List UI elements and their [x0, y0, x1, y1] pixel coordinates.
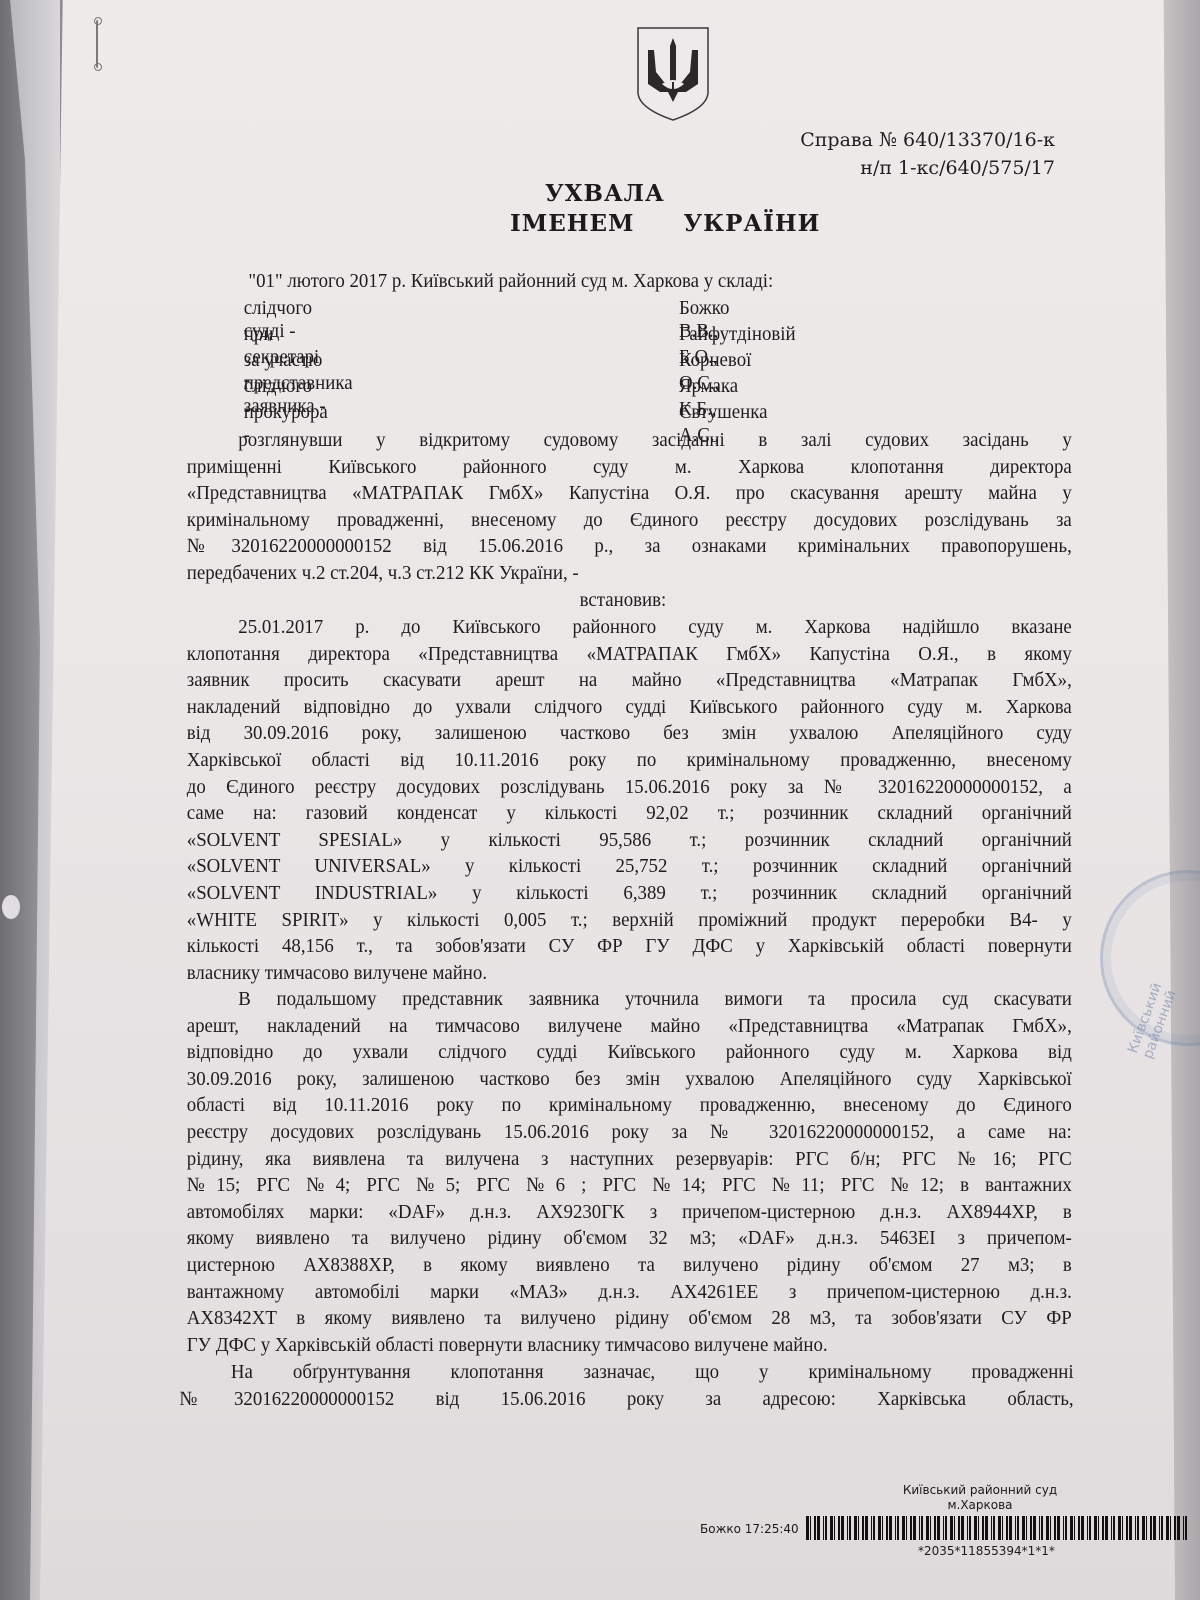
paragraph-line: «SOLVENT UNIVERSAL» у кількості 25,752 т…: [187, 855, 1072, 882]
paragraph-line: АХ8342ХТ в якому виявлено та вилучено рі…: [187, 1307, 1072, 1334]
paragraph-line: арешт, накладений на тимчасово вилучене …: [187, 1015, 1072, 1042]
paragraph-grounds: На обґрунтування клопотання зазначає, що…: [179, 1361, 1073, 1414]
paragraph-line: від 30.09.2016 року, залишеною частково …: [187, 722, 1072, 749]
paragraph-line: накладений відповідно до ухвали слідчого…: [187, 696, 1072, 723]
paragraph-line: розглянувши у відкритому судовому засіда…: [187, 429, 1072, 456]
paragraph-line: №15; РГС №4; РГС №5; РГС №6 ; РГС №14; Р…: [187, 1174, 1072, 1201]
document-title: УХВАЛА: [545, 180, 665, 207]
paragraph-line: Харківської області від 10.11.2016 року …: [187, 749, 1072, 776]
paragraph-line: «WHITE SPIRIT» у кількості 0,005 т.; вер…: [187, 909, 1072, 936]
case-number-block: Справа № 640/13370/16-к н/п 1-кс/640/575…: [800, 126, 1055, 182]
coat-of-arms-icon: [634, 24, 714, 124]
paragraph-line: 25.01.2017 р. до Київського районного су…: [187, 616, 1072, 643]
staple-icon: [96, 20, 101, 68]
case-number: Справа № 640/13370/16-к: [800, 126, 1055, 154]
paragraph-line: приміщенні Київського районного суду м. …: [187, 456, 1072, 483]
paragraph-line: вантажному автомобілі марки «МАЗ» д.н.з.…: [187, 1281, 1072, 1308]
paragraph-considered: розглянувши у відкритому судовому засіда…: [187, 429, 1072, 589]
paragraph-line: автомобілях марки: «DAF» д.н.з. АХ9230ГК…: [187, 1201, 1072, 1228]
paragraph-line: до Єдиного реєстру досудових розслідуван…: [187, 776, 1072, 803]
paragraph-line: На обґрунтування клопотання зазначає, що…: [179, 1361, 1073, 1388]
paragraph-line: передбачених ч.2 ст.204, ч.3 ст.212 КК У…: [187, 562, 1072, 589]
paragraph-petition: 25.01.2017 р. до Київського районного су…: [187, 616, 1072, 988]
document-subtitle: ІМЕНЕМ УКРАЇНИ: [510, 210, 820, 237]
paragraph-line: власнику тимчасово вилучене майно.: [187, 962, 1072, 989]
paragraph-line: відповідно до ухвали слідчого судді Київ…: [187, 1041, 1072, 1068]
paragraph-line: рідину, яка виявлена та вилучена з насту…: [187, 1148, 1072, 1175]
paragraph-line: цистерною АХ8388ХР, в якому виявлено та …: [187, 1254, 1072, 1281]
intro-line: "01" лютого 2017 р. Київський районний с…: [248, 270, 773, 293]
paragraph-line: 30.09.2016 року, залишеною частково без …: [187, 1068, 1072, 1095]
paragraph-line: кримінальному провадженні, внесеному до …: [187, 509, 1072, 536]
established-heading: встановив:: [580, 589, 667, 612]
paragraph-line: реєстру досудових розслідувань 15.06.201…: [187, 1121, 1072, 1148]
paragraph-line: «Представництва «МАТРАПАК ГмбХ» Капустін…: [187, 482, 1072, 509]
proceeding-number: н/п 1-кс/640/575/17: [800, 154, 1055, 182]
barcode-number: *2035*11855394*1*1*: [918, 1544, 1055, 1558]
paragraph-line: області від 10.11.2016 року по криміналь…: [187, 1094, 1072, 1121]
paragraph-line: ГУ ДФС у Харківській області повернути в…: [187, 1334, 1072, 1361]
paragraph-clarified: В подальшому представник заявника уточни…: [187, 988, 1072, 1360]
paragraph-line: кількості 48,156 т., та зобов'язати СУ Ф…: [187, 935, 1072, 962]
paragraph-line: «SOLVENT INDUSTRIAL» у кількості 6,389 т…: [187, 882, 1072, 909]
paragraph-line: №32016220000000152 від 15.06.2016 року з…: [179, 1388, 1073, 1415]
punch-hole-icon: [2, 895, 20, 919]
barcode-court-name: Київський районний суд: [900, 1483, 1060, 1498]
paragraph-line: В подальшому представник заявника уточни…: [187, 988, 1072, 1015]
barcode-user-time: Божко 17:25:40: [700, 1522, 799, 1536]
paragraph-line: заявник просить скасувати арешт на майно…: [187, 669, 1072, 696]
paragraph-line: №32016220000000152 від 15.06.2016 р., за…: [187, 535, 1072, 562]
paragraph-line: клопотання директора «Представництва «МА…: [187, 643, 1072, 670]
paragraph-line: якому виявлено та вилучено рідину об'ємо…: [187, 1227, 1072, 1254]
paragraph-line: «SOLVENT SPESIAL» у кількості 95,586 т.;…: [187, 829, 1072, 856]
barcode-icon: [806, 1516, 1200, 1540]
paragraph-line: саме на: газовий конденсат у кількості 9…: [187, 802, 1072, 829]
barcode-court-city: м.Харкова: [900, 1498, 1060, 1513]
barcode-court-label: Київський районний суд м.Харкова: [900, 1483, 1060, 1513]
